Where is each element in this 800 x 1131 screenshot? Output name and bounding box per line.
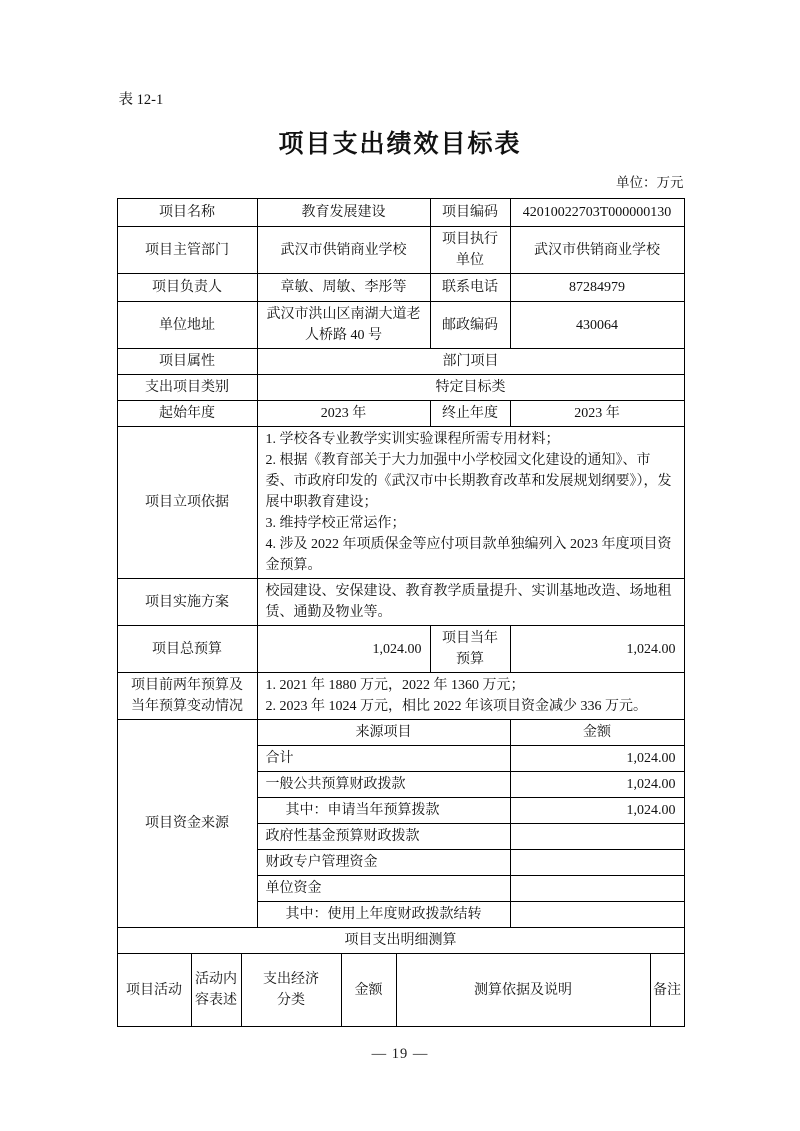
prev-budget-label: 项目前两年预算及当年预算变动情况: [117, 673, 257, 720]
detail-col-activity-desc: 活动内容表述: [191, 954, 241, 1027]
detail-col-econ-class: 支出经济分类: [241, 954, 341, 1027]
phone-label: 联系电话: [430, 274, 510, 302]
row-funding-header: 项目资金来源 来源项目 金额: [117, 720, 684, 746]
exec-unit-label: 项目执行单位: [430, 227, 510, 274]
funding-amount: 1,024.00: [510, 772, 684, 798]
start-year-value: 2023 年: [257, 401, 430, 427]
total-budget-label: 项目总预算: [117, 626, 257, 673]
funding-source: 其中：使用上年度财政拨款结转: [257, 902, 510, 928]
row-budget: 项目总预算 1,024.00 项目当年预算 1,024.00: [117, 626, 684, 673]
table-number-label: 表 12-1: [119, 88, 684, 109]
dept-value: 武汉市供销商业学校: [257, 227, 430, 274]
funding-amount: 1,024.00: [510, 798, 684, 824]
basis-content: 1. 学校各专业教学实训实验课程所需专用材料； 2. 根据《教育部关于大力加强中…: [257, 427, 684, 579]
project-name-label: 项目名称: [117, 199, 257, 227]
funding-source: 财政专户管理资金: [257, 850, 510, 876]
row-attribute: 项目属性 部门项目: [117, 349, 684, 375]
unit-note: 单位：万元: [117, 171, 684, 191]
prev-budget-line: 1. 2021 年 1880 万元，2022 年 1360 万元；: [266, 675, 676, 696]
performance-target-table: 项目名称 教育发展建设 项目编码 42010022703T000000130 项…: [117, 198, 685, 954]
address-value: 武汉市洪山区南湖大道老人桥路 40 号: [257, 302, 430, 349]
funding-source: 其中：申请当年预算拨款: [257, 798, 510, 824]
exec-unit-value: 武汉市供销商业学校: [510, 227, 684, 274]
address-label: 单位地址: [117, 302, 257, 349]
current-budget-value: 1,024.00: [510, 626, 684, 673]
funding-source: 一般公共预算财政拨款: [257, 772, 510, 798]
postcode-label: 邮政编码: [430, 302, 510, 349]
current-budget-label: 项目当年预算: [430, 626, 510, 673]
detail-col-activity: 项目活动: [117, 954, 191, 1027]
funding-amount: 1,024.00: [510, 746, 684, 772]
row-basis: 项目立项依据 1. 学校各专业教学实训实验课程所需专用材料； 2. 根据《教育部…: [117, 427, 684, 579]
row-project-name: 项目名称 教育发展建设 项目编码 42010022703T000000130: [117, 199, 684, 227]
row-leader-phone: 项目负责人 章敏、周敏、李彤等 联系电话 87284979: [117, 274, 684, 302]
attribute-label: 项目属性: [117, 349, 257, 375]
postcode-value: 430064: [510, 302, 684, 349]
funding-source: 政府性基金预算财政拨款: [257, 824, 510, 850]
page-number: — 19 —: [0, 1046, 800, 1063]
basis-item: 2. 根据《教育部关于大力加强中小学校园文化建设的通知》、市委、市政府印发的《武…: [266, 450, 676, 513]
page-title: 项目支出绩效目标表: [117, 124, 684, 160]
funding-amount: [510, 824, 684, 850]
row-detail-banner: 项目支出明细测算: [117, 928, 684, 954]
funding-amount: [510, 902, 684, 928]
leader-value: 章敏、周敏、李彤等: [257, 274, 430, 302]
basis-item: 4. 涉及 2022 年项质保金等应付项目款单独编列入 2023 年度项目资金预…: [266, 534, 676, 576]
start-year-label: 起始年度: [117, 401, 257, 427]
sheet: 表 12-1 项目支出绩效目标表 单位：万元 项目名称 教育发展建设 项目编码 …: [117, 0, 684, 1027]
row-category: 支出项目类别 特定目标类: [117, 375, 684, 401]
basis-item: 1. 学校各专业教学实训实验课程所需专用材料；: [266, 429, 676, 450]
row-departments: 项目主管部门 武汉市供销商业学校 项目执行单位 武汉市供销商业学校: [117, 227, 684, 274]
project-code-value: 42010022703T000000130: [510, 199, 684, 227]
row-prev-budget: 项目前两年预算及当年预算变动情况 1. 2021 年 1880 万元，2022 …: [117, 673, 684, 720]
basis-label: 项目立项依据: [117, 427, 257, 579]
project-code-label: 项目编码: [430, 199, 510, 227]
implementation-value: 校园建设、安保建设、教育教学质量提升、实训基地改造、场地租赁、通勤及物业等。: [257, 579, 684, 626]
phone-value: 87284979: [510, 274, 684, 302]
attribute-value: 部门项目: [257, 349, 684, 375]
document-page: 表 12-1 项目支出绩效目标表 单位：万元 项目名称 教育发展建设 项目编码 …: [0, 0, 800, 1131]
row-detail-columns: 项目活动 活动内容表述 支出经济分类 金额 测算依据及说明 备注: [117, 954, 684, 1027]
detail-banner: 项目支出明细测算: [117, 928, 684, 954]
detail-col-amount: 金额: [341, 954, 396, 1027]
funding-amount: [510, 876, 684, 902]
row-implementation: 项目实施方案 校园建设、安保建设、教育教学质量提升、实训基地改造、场地租赁、通勤…: [117, 579, 684, 626]
detail-col-remark: 备注: [650, 954, 684, 1027]
category-value: 特定目标类: [257, 375, 684, 401]
funding-source-header: 来源项目: [257, 720, 510, 746]
basis-item: 3. 维持学校正常运作；: [266, 513, 676, 534]
prev-budget-content: 1. 2021 年 1880 万元，2022 年 1360 万元； 2. 202…: [257, 673, 684, 720]
funding-amount-header: 金额: [510, 720, 684, 746]
detail-header-table: 项目活动 活动内容表述 支出经济分类 金额 测算依据及说明 备注: [117, 953, 685, 1027]
funding-source: 单位资金: [257, 876, 510, 902]
end-year-value: 2023 年: [510, 401, 684, 427]
total-budget-value: 1,024.00: [257, 626, 430, 673]
row-years: 起始年度 2023 年 终止年度 2023 年: [117, 401, 684, 427]
end-year-label: 终止年度: [430, 401, 510, 427]
project-name-value: 教育发展建设: [257, 199, 430, 227]
detail-col-basis: 测算依据及说明: [396, 954, 650, 1027]
category-label: 支出项目类别: [117, 375, 257, 401]
prev-budget-line: 2. 2023 年 1024 万元，相比 2022 年该项目资金减少 336 万…: [266, 696, 676, 717]
funding-source: 合计: [257, 746, 510, 772]
dept-label: 项目主管部门: [117, 227, 257, 274]
implementation-label: 项目实施方案: [117, 579, 257, 626]
funding-amount: [510, 850, 684, 876]
detail-col-econ-class-text: 支出经济分类: [261, 969, 321, 1011]
funding-label: 项目资金来源: [117, 720, 257, 928]
leader-label: 项目负责人: [117, 274, 257, 302]
row-address: 单位地址 武汉市洪山区南湖大道老人桥路 40 号 邮政编码 430064: [117, 302, 684, 349]
